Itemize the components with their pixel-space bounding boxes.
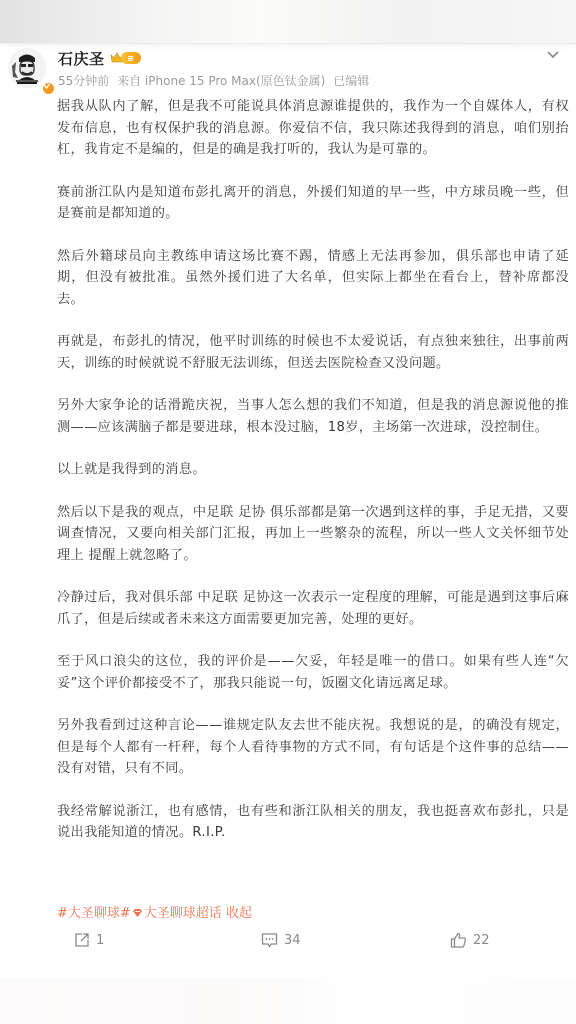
topic-link[interactable]: #大圣聊球#: [57, 906, 131, 921]
action-bar: 1 34 22: [0, 932, 576, 956]
author-name[interactable]: 石庆圣: [58, 48, 105, 69]
avatar-portrait-icon: [8, 48, 46, 88]
paragraph: 另外大家争论的话滑跪庆祝，当事人怎么想的我们不知道，但是我的消息源说他的推测——…: [57, 395, 569, 438]
bottom-blurred-area: [0, 978, 576, 1024]
post-header: 石庆圣 ≡ 55分钟前 来自 iPhone 15 Pro Max(原色钛金属) …: [0, 44, 576, 94]
paragraph: 以上就是我得到的消息。: [57, 459, 569, 481]
like-count: 22: [473, 933, 490, 948]
vip-level: ≡: [121, 52, 141, 64]
paragraph: 据我从队内了解，但是我不可能说具体消息源谁提供的，我作为一个自媒体人，有权发布信…: [57, 96, 569, 161]
repost-icon: [74, 932, 90, 948]
like-button[interactable]: 22: [450, 932, 490, 948]
comment-icon: [261, 932, 278, 948]
repost-count: 1: [96, 933, 104, 948]
paragraph: 再就是，布彭扎的情况，他平时训练的时候也不太爱说话，有点独来独往，出事前两天，训…: [57, 331, 569, 374]
comment-button[interactable]: 34: [261, 932, 301, 948]
comment-count: 34: [284, 933, 301, 948]
avatar[interactable]: [8, 48, 46, 88]
chevron-down-icon: [546, 50, 560, 59]
paragraph: 另外我看到过这种言论——谁规定队友去世不能庆祝。我想说的是，的确没有规定，但是每…: [57, 715, 569, 780]
verified-badge: [42, 82, 55, 95]
paragraph: 赛前浙江队内是知道布彭扎离开的消息，外援们知道的早一些，中方球员晚一些，但是赛前…: [57, 182, 569, 225]
post-time: 55分钟前: [58, 74, 109, 88]
post-source: 来自 iPhone 15 Pro Max(原色钛金属): [117, 74, 325, 88]
paragraph: 冷静过后，我对俱乐部 中足联 足协这一次表示一定程度的理解，可能是遇到这事后麻爪…: [57, 587, 569, 630]
edited-label[interactable]: 已编辑: [333, 74, 369, 88]
paragraph: 至于风口浪尖的这位，我的评价是——欠妥，年轻是唯一的借口。如果有些人连“欠妥”这…: [57, 651, 569, 694]
vip-badge[interactable]: ≡: [110, 52, 141, 64]
top-blurred-area: [0, 0, 576, 44]
post-meta: 55分钟前 来自 iPhone 15 Pro Max(原色钛金属) 已编辑: [58, 72, 373, 89]
repost-button[interactable]: 1: [74, 932, 104, 948]
thumbs-up-icon: [450, 932, 467, 948]
post-tags: #大圣聊球#大圣聊球超话 收起: [57, 902, 252, 921]
expand-menu-button[interactable]: [546, 44, 566, 58]
checkmark-icon: [43, 83, 50, 89]
diamond-icon: [132, 908, 143, 918]
paragraph: 然后以下是我的观点，中足联 足协 俱乐部都是第一次遇到这样的事，手足无措，又要调…: [57, 502, 569, 567]
collapse-link[interactable]: 收起: [226, 906, 252, 921]
paragraph: 我经常解说浙江，也有感情，也有些和浙江队相关的朋友，我也挺喜欢布彭扎，只是说出我…: [57, 801, 569, 844]
paragraph: 然后外籍球员向主教练申请这场比赛不踢，情感上无法再参加，俱乐部也申请了延期，但没…: [57, 246, 569, 311]
supertopic-link[interactable]: 大圣聊球超话: [144, 906, 222, 921]
post-body: 据我从队内了解，但是我不可能说具体消息源谁提供的，我作为一个自媒体人，有权发布信…: [57, 96, 569, 844]
